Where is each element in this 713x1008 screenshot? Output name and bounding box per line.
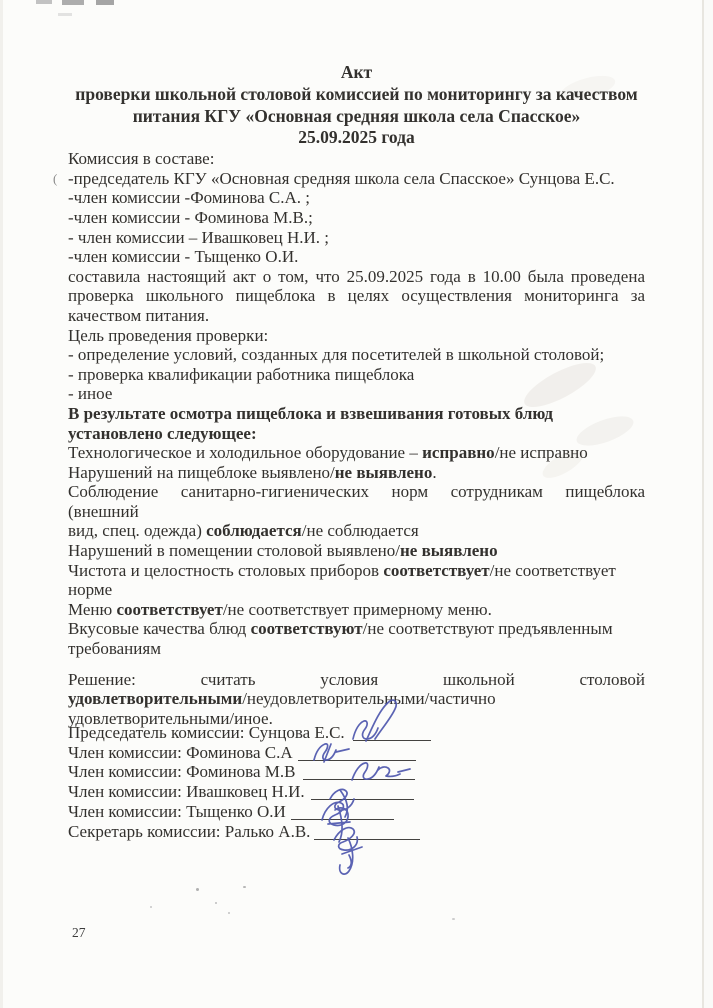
signature-line [303,767,415,780]
text-line: составила настоящий акт о том, что 25.09… [68,267,645,287]
document-body: Актпроверки школьной столовой комиссией … [68,62,645,728]
text-line: -член комиссии - Фоминова М.В.; [68,208,645,228]
text-line: Чистота и целостность столовых приборов … [68,561,645,581]
text-line: - иное [68,384,645,404]
signature-line [298,748,416,761]
text-line: Меню соответствует/не соответствует прим… [68,600,645,620]
signature-row: Секретарь комиссии: Ралько А.В. [68,822,645,842]
signature-line [314,827,420,840]
scan-artifact-mark [36,0,52,4]
signature-label: Секретарь комиссии: Ралько А.В. [68,822,310,841]
signature-label: Член комиссии: Фоминова М.В [68,762,295,781]
scan-artifact-mark [96,0,114,5]
text-line: установлено следующее: [68,424,645,444]
scan-speck [196,888,199,891]
signature-label: Член комиссии: Тыщенко О.И [68,802,286,821]
scanned-page: ( Актпроверки школьной столовой комиссие… [0,0,713,1008]
text-line: Цель проведения проверки: [68,326,645,346]
scan-left-edge [0,0,3,1008]
scan-stray-paren: ( [53,171,57,187]
signature-label: Председатель комиссии: Сунцова Е.С. [68,723,345,742]
scan-speck [215,902,217,904]
text-line: норме [68,580,645,600]
scan-right-margin [704,0,713,1008]
text-line: Соблюдение санитарно-гигиенических норм … [68,482,645,521]
scan-speck [243,886,246,888]
text-line: качеством питания. [68,306,645,326]
title-line: проверки школьной столовой комиссией по … [68,84,645,106]
text-line: - член комиссии – Ивашковец Н.И. ; [68,228,645,248]
document-text: Комиссия в составе:-председатель КГУ «Ос… [68,149,645,728]
signature-row: Член комиссии: Ивашковец Н.И. [68,782,645,802]
page-number: 27 [72,925,86,941]
text-line: -председатель КГУ «Основная средняя школ… [68,169,645,189]
title-line: питания КГУ «Основная средняя школа села… [68,106,645,128]
signature-row: Член комиссии: Фоминова С.А [68,743,645,763]
signature-line [311,787,414,800]
text-line: Вкусовые качества блюд соответствуют/не … [68,619,645,639]
scan-speck [228,912,230,914]
signature-row: Член комиссии: Фоминова М.В [68,762,645,782]
text-line: - определение условий, созданных для пос… [68,345,645,365]
text-line: проверка школьного пищеблока в целях осу… [68,286,645,306]
signature-label: Член комиссии: Ивашковец Н.И. [68,782,305,801]
text-line: Нарушений в помещении столовой выявлено/… [68,541,645,561]
text-line: -член комиссии -Фоминова С.А. ; [68,188,645,208]
signature-row: Член комиссии: Тыщенко О.И [68,802,645,822]
text-line: - проверка квалификации работника пищебл… [68,365,645,385]
scan-speck [150,906,152,908]
text-line: требованиям [68,639,645,659]
title-line: Акт [68,62,645,84]
text-line: Комиссия в составе: [68,149,645,169]
text-line: Решение: считать условия школьной столов… [68,670,645,690]
scan-artifact-mark [58,13,72,16]
text-line: В результате осмотра пищеблока и взвешив… [68,404,645,424]
text-line: Нарушений на пищеблоке выявлено/не выявл… [68,463,645,483]
scan-artifact-mark [62,0,84,5]
text-line: вид, спец. одежда) соблюдается/не соблюд… [68,521,645,541]
title-line: 25.09.2025 года [68,127,645,149]
text-line [68,659,645,670]
signature-line [353,728,431,741]
text-line: удовлетворительными/неудовлетворительным… [68,689,645,709]
text-line: Технологическое и холодильное оборудован… [68,443,645,463]
signature-label: Член комиссии: Фоминова С.А [68,743,293,762]
signature-line [291,807,394,820]
document-title: Актпроверки школьной столовой комиссией … [68,62,645,149]
scan-speck [452,918,455,920]
signature-row: Председатель комиссии: Сунцова Е.С. [68,723,645,743]
signature-block: Председатель комиссии: Сунцова Е.С.Член … [68,723,645,841]
text-line: -член комиссии - Тыщенко О.И. [68,247,645,267]
